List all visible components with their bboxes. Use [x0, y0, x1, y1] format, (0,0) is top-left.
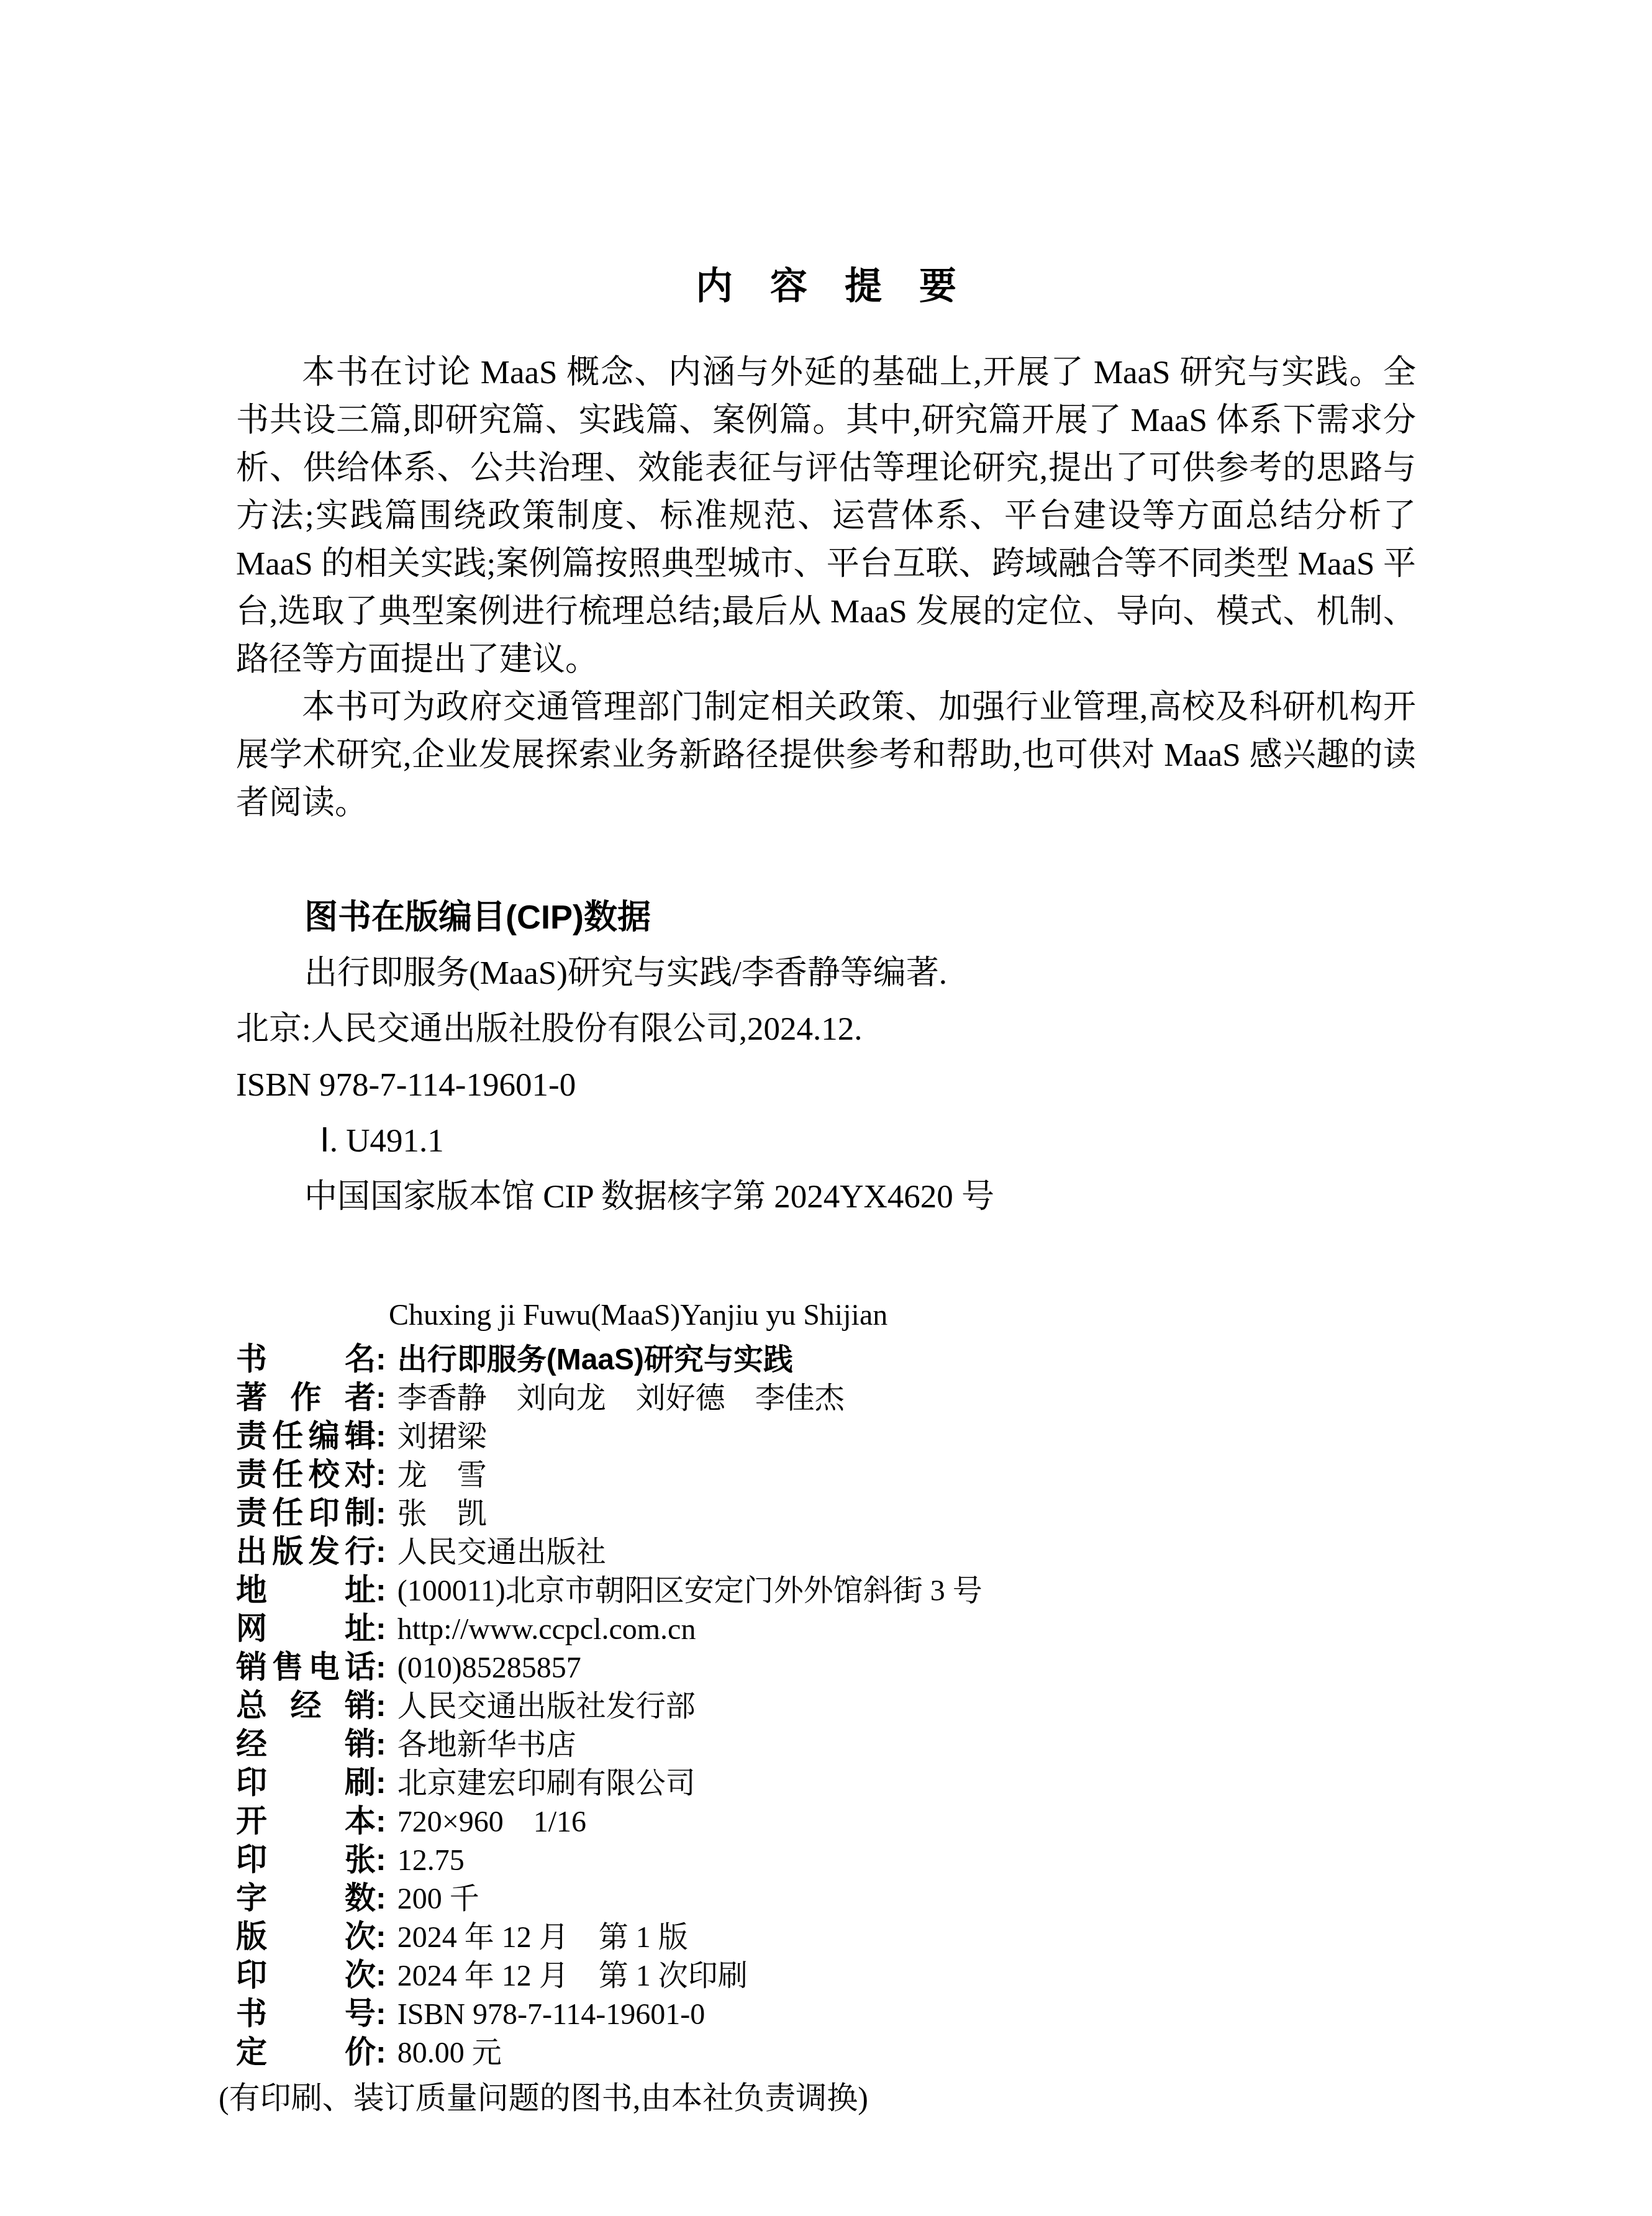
colophon-row-value: 人民交通出版社 — [397, 1533, 606, 1571]
colophon-row-value: 刘捃梁 — [397, 1418, 487, 1456]
colophon-row-colon: : — [376, 1879, 386, 1917]
colophon-row-value: 2024 年 12 月 第 1 版 — [397, 1919, 688, 1956]
colophon-list: 书名:出行即服务(MaaS)研究与实践著作者:李香静 刘向龙 刘好德 李佳杰责任… — [236, 1340, 1416, 2072]
cip-line: 出行即服务(MaaS)研究与实践/李香静等编著. — [304, 945, 1416, 1001]
colophon-row: 书号:ISBN 978-7-114-19601-0 — [236, 1995, 1416, 2033]
colophon-row: 销售电话:(010)85285857 — [236, 1648, 1416, 1687]
colophon-row: 经销:各地新华书店 — [236, 1725, 1416, 1764]
summary-paragraph: 本书在讨论 MaaS 概念、内涵与外延的基础上,开展了 MaaS 研究与实践。全… — [236, 349, 1416, 684]
colophon-row-colon: : — [376, 1725, 386, 1763]
colophon-row-label: 印次 — [236, 1956, 376, 1994]
colophon-row-label: 网址 — [236, 1610, 376, 1648]
colophon-row: 印张:12.75 — [236, 1841, 1416, 1879]
colophon-row-colon: : — [376, 1533, 386, 1571]
summary-title: 内 容 提 要 — [236, 267, 1416, 306]
colophon-row-colon: : — [376, 1494, 386, 1532]
colophon-row-label: 销售电话 — [236, 1648, 376, 1686]
colophon-row-colon: : — [376, 1340, 386, 1378]
cip-line: 中国国家版本馆 CIP 数据核字第 2024YX4620 号 — [304, 1169, 1416, 1225]
colophon-row-colon: : — [376, 1918, 386, 1956]
colophon-row-colon: : — [376, 1571, 386, 1609]
colophon-row-label: 开本 — [236, 1802, 376, 1840]
colophon-row-value: ISBN 978-7-114-19601-0 — [397, 1996, 706, 2033]
colophon-row: 责任印制:张 凯 — [236, 1494, 1416, 1533]
colophon-row: 总经销:人民交通出版社发行部 — [236, 1687, 1416, 1725]
colophon-row-label: 字数 — [236, 1879, 376, 1917]
colophon-row: 版次:2024 年 12 月 第 1 版 — [236, 1918, 1416, 1956]
colophon-row-colon: : — [376, 1456, 386, 1494]
colophon-row: 开本:720×960 1/16 — [236, 1802, 1416, 1841]
colophon-row-label: 地址 — [236, 1571, 376, 1609]
summary-paragraphs: 本书在讨论 MaaS 概念、内涵与外延的基础上,开展了 MaaS 研究与实践。全… — [236, 349, 1416, 827]
colophon-row-colon: : — [376, 1610, 386, 1648]
colophon-row-value: 200 千 — [397, 1880, 479, 1918]
colophon-row-colon: : — [376, 1841, 386, 1879]
colophon-row-label: 印刷 — [236, 1764, 376, 1802]
colophon-row-label: 责任编辑 — [236, 1417, 376, 1455]
colophon-row-colon: : — [376, 1648, 386, 1686]
copyright-page: 内 容 提 要 本书在讨论 MaaS 概念、内涵与外延的基础上,开展了 MaaS… — [0, 0, 1652, 2216]
colophon-row-value: http://www.ccpcl.com.cn — [397, 1610, 696, 1648]
colophon-row: 印次:2024 年 12 月 第 1 次印刷 — [236, 1956, 1416, 1995]
colophon-row-value: 各地新华书店 — [397, 1726, 576, 1764]
cip-line: ISBN 978-7-114-19601-0 — [236, 1057, 1416, 1113]
colophon-row: 印刷:北京建宏印刷有限公司 — [236, 1764, 1416, 1802]
colophon-row: 出版发行:人民交通出版社 — [236, 1533, 1416, 1571]
colophon-row: 地址:(100011)北京市朝阳区安定门外外馆斜街 3 号 — [236, 1571, 1416, 1610]
colophon-row-colon: : — [376, 1417, 386, 1455]
colophon-row: 字数:200 千 — [236, 1879, 1416, 1918]
colophon-row-value: (010)85285857 — [397, 1649, 581, 1687]
colophon-row: 责任编辑:刘捃梁 — [236, 1417, 1416, 1456]
colophon-row-label: 书名 — [236, 1340, 376, 1378]
colophon-row-label: 定价 — [236, 2033, 376, 2071]
colophon-row-value: 720×960 1/16 — [397, 1803, 586, 1841]
colophon-row-colon: : — [376, 1687, 386, 1725]
colophon-row-value: 北京建宏印刷有限公司 — [397, 1764, 696, 1802]
cip-heading: 图书在版编目(CIP)数据 — [304, 889, 1416, 945]
colophon-row-label: 出版发行 — [236, 1533, 376, 1571]
colophon-row-label: 版次 — [236, 1918, 376, 1956]
cip-line: Ⅰ. U491.1 — [320, 1113, 1416, 1169]
summary-paragraph: 本书可为政府交通管理部门制定相关政策、加强行业管理,高校及科研机构开展学术研究,… — [236, 684, 1416, 827]
exchange-note: (有印刷、装订质量问题的图书,由本社负责调换) — [219, 2078, 1416, 2118]
cip-line: 北京:人民交通出版社股份有限公司,2024.12. — [236, 1001, 1416, 1057]
colophon-row-value: 李香静 刘向龙 刘好德 李佳杰 — [397, 1379, 845, 1417]
colophon-row: 网址:http://www.ccpcl.com.cn — [236, 1610, 1416, 1648]
colophon-row-colon: : — [376, 1956, 386, 1994]
colophon-row-value: 2024 年 12 月 第 1 次印刷 — [397, 1957, 748, 1995]
colophon-row-colon: : — [376, 1802, 386, 1840]
colophon-row-value: 人民交通出版社发行部 — [397, 1687, 696, 1725]
colophon-row: 定价:80.00 元 — [236, 2033, 1416, 2072]
colophon-row-value: 龙 雪 — [397, 1456, 487, 1494]
cip-block: 出行即服务(MaaS)研究与实践/李香静等编著.北京:人民交通出版社股份有限公司… — [236, 945, 1416, 1225]
colophon-row: 责任校对:龙 雪 — [236, 1456, 1416, 1494]
colophon-row-value: 出行即服务(MaaS)研究与实践 — [397, 1341, 793, 1379]
colophon-row-colon: : — [376, 1995, 386, 2033]
colophon-row-label: 书号 — [236, 1995, 376, 2033]
colophon-row-label: 印张 — [236, 1841, 376, 1879]
colophon-row: 书名:出行即服务(MaaS)研究与实践 — [236, 1340, 1416, 1379]
colophon-row-label: 经销 — [236, 1725, 376, 1763]
colophon-row-label: 著作者 — [236, 1379, 376, 1417]
colophon-row-label: 责任校对 — [236, 1456, 376, 1494]
colophon-row-value: (100011)北京市朝阳区安定门外外馆斜街 3 号 — [397, 1572, 983, 1610]
colophon-row: 著作者:李香静 刘向龙 刘好德 李佳杰 — [236, 1379, 1416, 1417]
colophon-row-colon: : — [376, 1764, 386, 1802]
colophon-row-label: 责任印制 — [236, 1494, 376, 1532]
colophon-row-value: 张 凯 — [397, 1495, 487, 1533]
pinyin-title: Chuxing ji Fuwu(MaaS)Yanjiu yu Shijian — [389, 1298, 1416, 1333]
colophon-row-value: 80.00 元 — [397, 2034, 502, 2072]
colophon-row-colon: : — [376, 2033, 386, 2071]
colophon-row-colon: : — [376, 1379, 386, 1417]
colophon-row-label: 总经销 — [236, 1687, 376, 1725]
colophon-row-value: 12.75 — [397, 1841, 465, 1879]
